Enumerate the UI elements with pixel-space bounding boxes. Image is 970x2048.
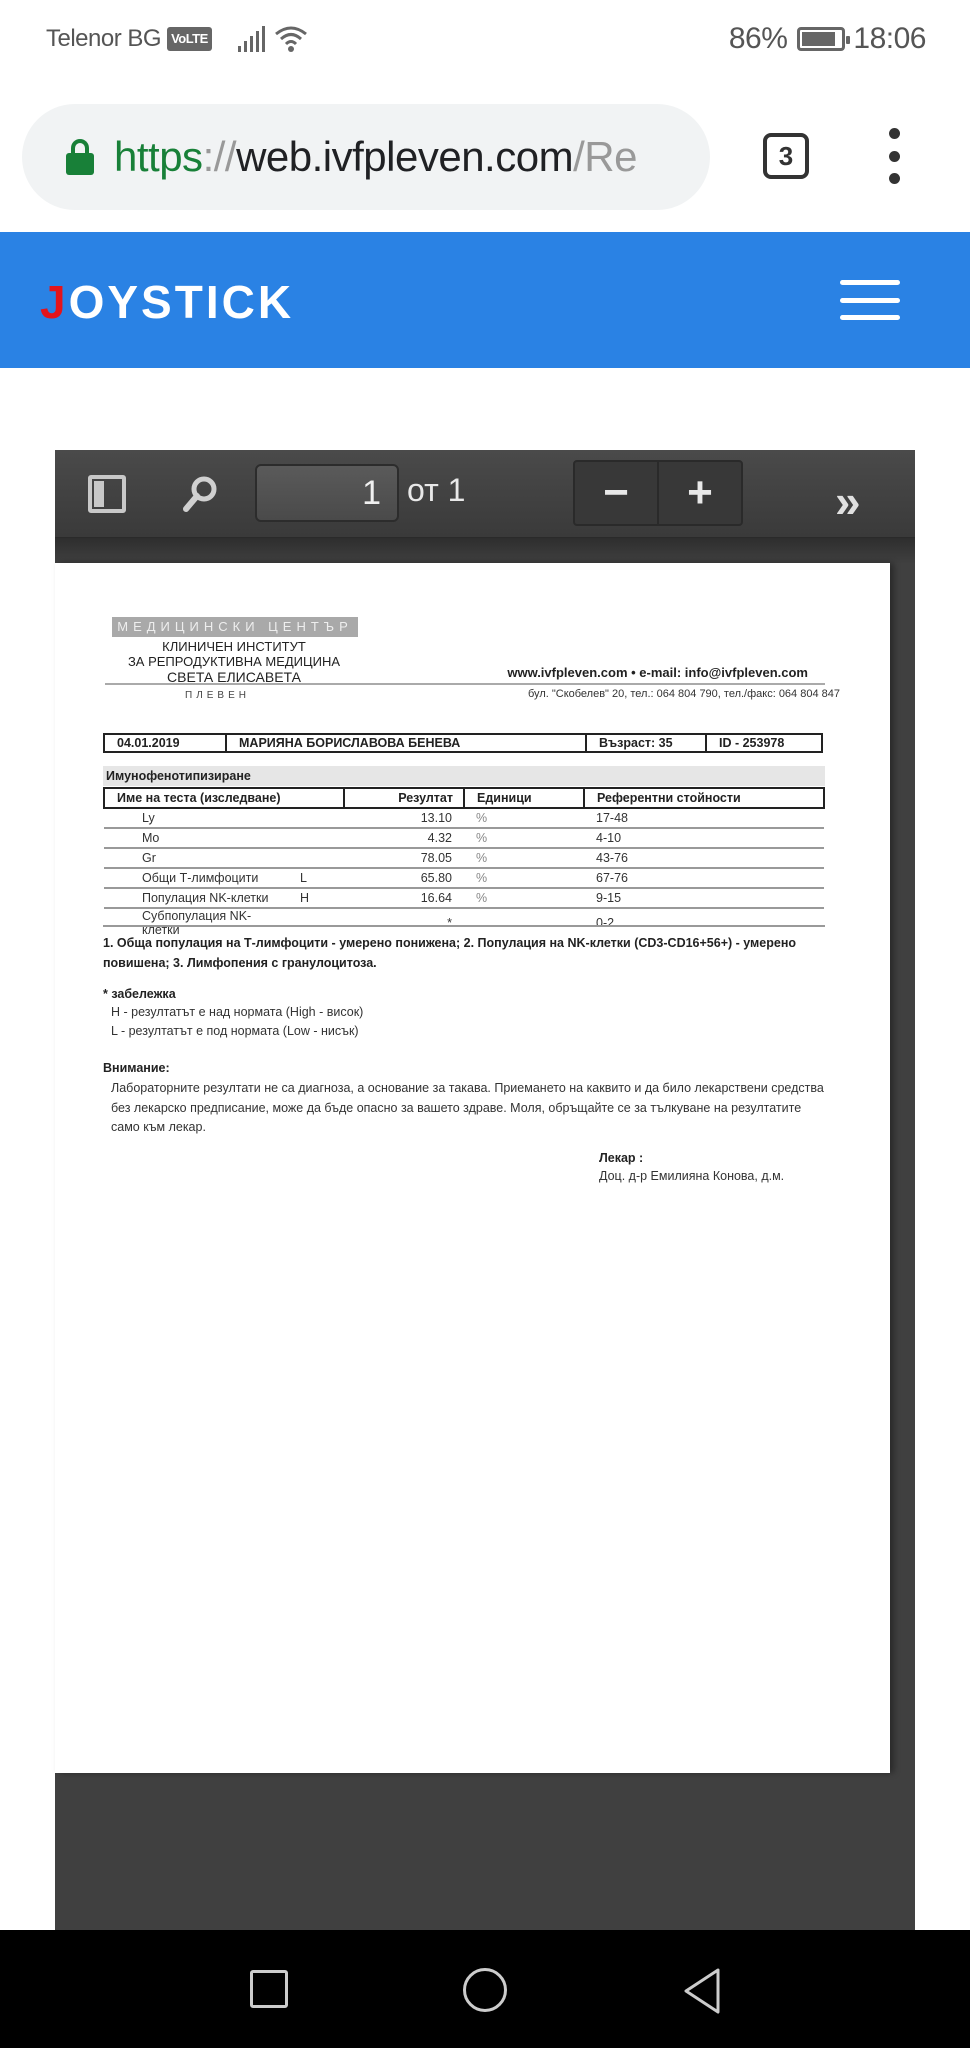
reference-cell: 67-76 [584, 868, 824, 888]
table-row: Mo4.32%4-10 [104, 828, 824, 848]
result-cell: 4.32 [344, 828, 464, 848]
result-cell: 13.10 [344, 808, 464, 828]
zoom-out-button[interactable]: − [575, 462, 657, 524]
reference-cell: 17-48 [584, 808, 824, 828]
recent-apps-icon[interactable] [250, 1970, 288, 2008]
reference-cell: 4-10 [584, 828, 824, 848]
header-result: Резултат [344, 788, 464, 808]
wifi-icon [273, 24, 309, 54]
page-number-input[interactable]: 1 [255, 464, 399, 522]
address-bar[interactable]: https://web.ivfpleven.com/Re [22, 104, 710, 210]
status-bar: Telenor BG VoLTE 86% 18:06 [0, 0, 970, 84]
flag-cell [288, 848, 344, 868]
test-name-cell: Gr [104, 848, 288, 868]
reference-cell: 9-15 [584, 888, 824, 908]
patient-info-row: 04.01.2019 МАРИЯНА БОРИСЛАВОВА БЕНЕВА Въ… [103, 733, 823, 753]
section-title: Имунофенотипизиране [103, 766, 825, 786]
battery-icon [797, 27, 845, 51]
header-reference: Референтни стойности [584, 788, 824, 808]
unit-cell: % [464, 888, 584, 908]
warning-text: Лабораторните резултати не са диагноза, … [111, 1079, 831, 1138]
battery-percent: 86% [729, 22, 788, 56]
result-cell: 65.80 [344, 868, 464, 888]
letterhead-brand: МЕДИЦИНСКИ ЦЕНТЪР [112, 617, 358, 637]
browser-toolbar: https://web.ivfpleven.com/Re 3 [0, 84, 970, 232]
site-logo[interactable]: JOYSTICK [40, 275, 294, 329]
volte-badge: VoLTE [167, 27, 212, 51]
pdf-toolbar: 1 от 1 − + » [55, 450, 915, 538]
result-cell: 16.64 [344, 888, 464, 908]
lock-icon[interactable] [66, 139, 94, 175]
zoom-controls: − + [573, 460, 743, 526]
search-icon[interactable] [180, 474, 220, 514]
letterhead-line-2: ЗА РЕПРОДУКТИВНА МЕДИЦИНА [99, 654, 369, 669]
flag-cell [288, 828, 344, 848]
unit-cell: % [464, 808, 584, 828]
patient-id: ID - 253978 [705, 735, 821, 751]
site-header: JOYSTICK [0, 232, 970, 368]
pdf-page: МЕДИЦИНСКИ ЦЕНТЪР КЛИНИЧЕН ИНСТИТУТ ЗА Р… [55, 563, 890, 1773]
patient-name: МАРИЯНА БОРИСЛАВОВА БЕНЕВА [225, 735, 585, 751]
letterhead-contacts: www.ivfpleven.com • e-mail: info@ivfplev… [507, 665, 808, 680]
doctor-name: Доц. д-р Емилияна Конова, д.м. [599, 1169, 784, 1183]
tab-switcher-button[interactable]: 3 [763, 133, 809, 179]
report-date: 04.01.2019 [105, 735, 225, 751]
sidebar-toggle-icon[interactable] [88, 475, 126, 513]
letterhead-line-1: КЛИНИЧЕН ИНСТИТУТ [99, 639, 369, 654]
flag-cell: L [288, 868, 344, 888]
zoom-in-button[interactable]: + [657, 462, 741, 524]
result-cell: 78.05 [344, 848, 464, 868]
pdf-viewer: 1 от 1 − + » МЕДИЦИНСКИ ЦЕНТЪР КЛИНИЧЕН … [55, 450, 915, 1930]
letterhead-divider [105, 683, 825, 685]
signal-strength-icon [238, 26, 265, 52]
back-icon[interactable] [680, 1967, 724, 2015]
home-icon[interactable] [463, 1968, 507, 2012]
browser-menu-icon[interactable] [880, 128, 908, 184]
results-table: Име на теста (изследване) Резултат Едини… [103, 787, 825, 937]
letterhead-address: бул. "Скобелев" 20, тел.: 064 804 790, т… [528, 688, 840, 700]
carrier-name: Telenor BG [46, 25, 161, 53]
table-row: Ly13.10%17-48 [104, 808, 824, 828]
test-name-cell: Общи Т-лимфоцити [104, 868, 288, 888]
patient-age: Възраст: 35 [585, 735, 705, 751]
test-name-cell: Mo [104, 828, 288, 848]
unit-cell: % [464, 848, 584, 868]
conclusion-text: 1. Обща популация на Т-лимфоцити - умере… [103, 933, 833, 973]
note-title: * забележка [103, 987, 176, 1001]
url-text[interactable]: https://web.ivfpleven.com/Re [114, 133, 637, 181]
note-high: H - резултатът е над нормата (High - вис… [111, 1005, 363, 1019]
header-units: Единици [464, 788, 584, 808]
header-test-name: Име на теста (изследване) [104, 788, 344, 808]
system-nav-bar [0, 1930, 970, 2048]
test-name-cell: Ly [104, 808, 288, 828]
more-tools-icon[interactable]: » [835, 474, 851, 528]
note-low: L - резултатът е под нормата (Low - нисъ… [111, 1024, 359, 1038]
flag-cell [288, 808, 344, 828]
table-row: Gr78.05%43-76 [104, 848, 824, 868]
table-row: Общи Т-лимфоцитиL65.80%67-76 [104, 868, 824, 888]
letterhead-city: ПЛЕВЕН [185, 690, 250, 701]
hamburger-menu-icon[interactable] [840, 280, 900, 320]
clock: 18:06 [853, 22, 926, 56]
page-count-label: от 1 [407, 472, 465, 509]
unit-cell: % [464, 828, 584, 848]
unit-cell: % [464, 868, 584, 888]
doctor-label: Лекар : [599, 1151, 643, 1165]
test-name-cell: Популация NK-клетки [104, 888, 288, 908]
flag-cell: H [288, 888, 344, 908]
table-row: Популация NK-клеткиH16.64%9-15 [104, 888, 824, 908]
warning-title: Внимание: [103, 1061, 170, 1075]
reference-cell: 43-76 [584, 848, 824, 868]
